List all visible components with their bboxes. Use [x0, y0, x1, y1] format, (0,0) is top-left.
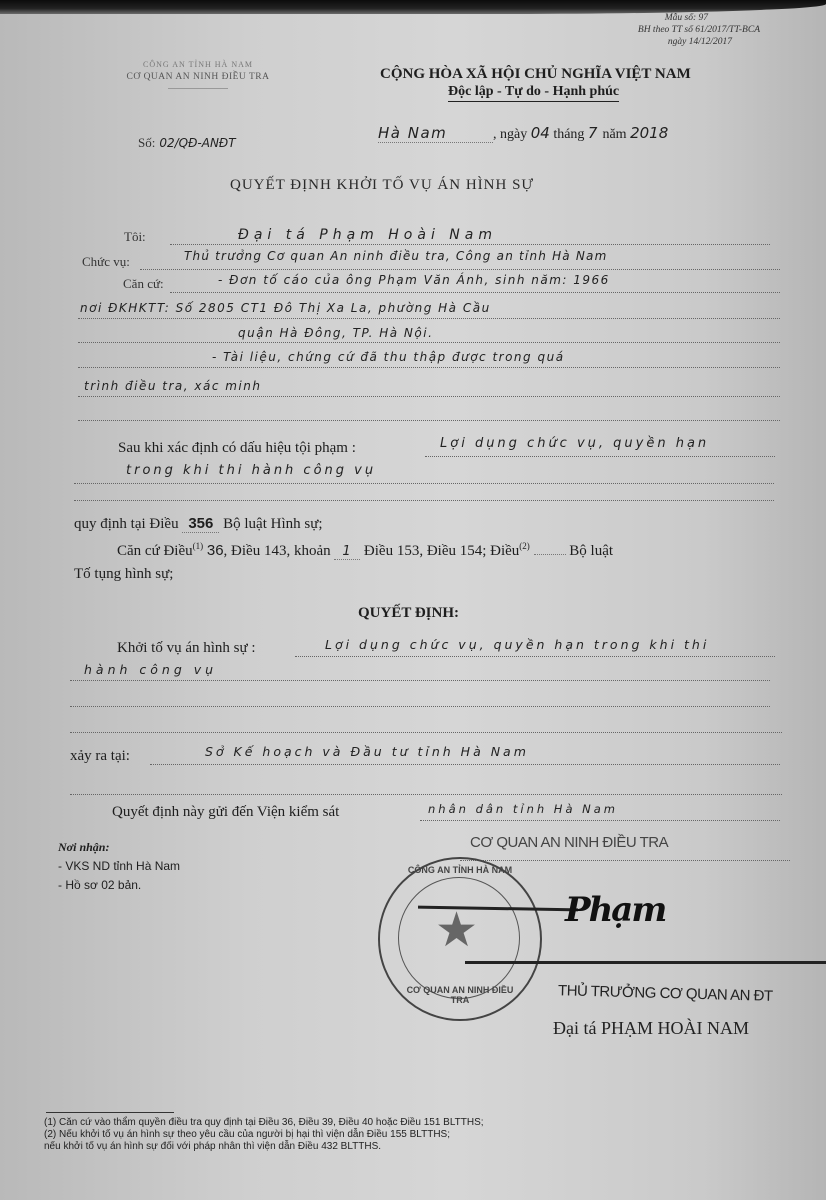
can-cu-label: Căn cứ: — [123, 276, 164, 292]
signature-agency: CƠ QUAN AN NINH ĐIỀU TRA — [470, 834, 668, 851]
footnote-1: (1) Căn cứ vào thẩm quyền điều tra quy đ… — [44, 1117, 484, 1129]
place-date: Hà Nam, ngày 04 tháng 7 năm 2018 — [378, 124, 668, 143]
can-cu-dots-6 — [78, 420, 780, 421]
can-cu-dieu: Căn cứ Điều(1) 36, Điều 143, khoản 1 Điề… — [117, 541, 613, 560]
signer-title: THỦ TRƯỞNG CƠ QUAN AN ĐT — [558, 982, 773, 1005]
xay-ra-dots — [150, 764, 780, 765]
can-cu-line-3: quận Hà Đông, TP. Hà Nội. — [238, 326, 433, 340]
can-cu-dots-1 — [170, 292, 780, 293]
form-issued-date: ngày 14/12/2017 — [560, 36, 760, 48]
year-value: 2018 — [630, 124, 668, 142]
xay-ra-dots-2 — [70, 794, 782, 795]
national-slogan: Độc lập - Tự do - Hạnh phúc — [448, 84, 619, 102]
khoi-to-dots-2 — [70, 680, 770, 681]
chuc-vu-label: Chức vụ: — [82, 254, 130, 270]
can-cu-line-1: - Đơn tố cáo của ông Phạm Văn Ánh, sinh … — [218, 273, 610, 287]
gui-dots — [420, 820, 780, 821]
can-cu-dieu-rest: Điều 153, Điều 154; Điều — [364, 543, 519, 559]
year-label: năm — [602, 127, 626, 142]
dau-hieu-label: Sau khi xác định có dấu hiệu tội phạm : — [118, 440, 356, 457]
chuc-vu-value: Thủ trưởng Cơ quan An ninh điều tra, Côn… — [184, 249, 608, 263]
can-cu-dots-2 — [78, 318, 780, 319]
can-cu-dieu-mid: , Điều 143, khoản — [224, 543, 331, 559]
recipients: Nơi nhận: - VKS ND tỉnh Hà Nam - Hồ sơ 0… — [58, 838, 180, 895]
can-cu-dieu-value: 36 — [207, 542, 224, 559]
to-tung: Tố tụng hình sự; — [74, 566, 173, 583]
khoi-to-dots-4 — [70, 732, 782, 733]
signer-name: Đại tá PHẠM HOÀI NAM — [553, 1018, 749, 1039]
month-label: tháng — [553, 127, 584, 142]
signature-dots — [460, 860, 790, 861]
place-value: Hà Nam — [378, 124, 493, 143]
can-cu-dieu-blank — [534, 554, 566, 555]
xay-ra-value: Sở Kế hoạch và Đầu tư tỉnh Hà Nam — [205, 744, 529, 759]
khoi-to-value-2: hành công vụ — [84, 662, 217, 677]
toi-dots — [170, 244, 770, 245]
agency-name: CƠ QUAN AN NINH ĐIỀU TRA — [88, 72, 308, 82]
recipient-item: - VKS ND tỉnh Hà Nam — [58, 857, 180, 876]
date-day-label: , ngày — [493, 127, 527, 142]
doc-number: Số: 02/QĐ-ANĐT — [138, 134, 236, 152]
can-cu-dieu-end: Bộ luật — [569, 543, 613, 559]
quy-dinh: quy định tại Điều 356 Bộ luật Hình sự; — [74, 515, 323, 533]
dau-hieu-dots-1 — [425, 456, 775, 457]
can-cu-line-4: - Tài liệu, chứng cứ đã thu thập được tr… — [212, 350, 565, 364]
official-stamp: CÔNG AN TỈNH HÀ NAM ★ CƠ QUAN AN NINH ĐI… — [378, 857, 542, 1021]
khoi-to-value-1: Lợi dụng chức vụ, quyền hạn trong khi th… — [325, 637, 709, 652]
quy-dinh-dieu: 356 — [182, 515, 219, 533]
can-cu-dots-4 — [78, 367, 780, 368]
decision-heading: QUYẾT ĐỊNH: — [358, 605, 459, 622]
dau-hieu-value-2: trong khi thi hành công vụ — [126, 463, 376, 478]
footnote-3: nếu khởi tố vụ án hình sự đối với pháp n… — [44, 1141, 484, 1153]
agency-parent: CÔNG AN TỈNH HÀ NAM — [88, 60, 308, 69]
agency-block: CÔNG AN TỈNH HÀ NAM CƠ QUAN AN NINH ĐIỀU… — [88, 60, 308, 89]
doc-number-value: 02/QĐ-ANĐT — [159, 136, 235, 150]
can-cu-dots-5 — [78, 396, 780, 397]
day-value: 04 — [531, 124, 550, 142]
document-title: QUYẾT ĐỊNH KHỞI TỐ VỤ ÁN HÌNH SỰ — [230, 177, 534, 194]
khoi-to-label: Khởi tố vụ án hình sự : — [117, 640, 256, 657]
khoi-to-dots-3 — [70, 706, 770, 707]
footnote-rule — [46, 1112, 174, 1113]
stamp-top-text: CÔNG AN TỈNH HÀ NAM — [400, 865, 520, 875]
signature-scribble: Phạm — [565, 890, 665, 930]
quy-dinh-label: quy định tại Điều — [74, 516, 179, 532]
dau-hieu-value-1: Lợi dụng chức vụ, quyền hạn — [440, 436, 709, 451]
dau-hieu-dots-2 — [74, 483, 774, 484]
form-number: Mẫu số: 97 — [560, 12, 760, 24]
doc-number-label: Số: — [138, 135, 155, 150]
khoan-value: 1 — [334, 544, 360, 560]
chuc-vu-dots — [140, 269, 780, 270]
gui-value: nhân dân tỉnh Hà Nam — [428, 802, 618, 816]
footnote-ref-2: (2) — [519, 541, 530, 551]
toi-label: Tôi: — [124, 229, 146, 245]
recipient-item: - Hồ sơ 02 bản. — [58, 876, 180, 895]
footnotes: (1) Căn cứ vào thẩm quyền điều tra quy đ… — [44, 1117, 484, 1153]
form-info: Mẫu số: 97 BH theo TT số 61/2017/TT-BCA … — [560, 12, 760, 48]
can-cu-line-2: nơi ĐKHKTT: Số 2805 CT1 Đô Thị Xa La, ph… — [80, 301, 491, 315]
quy-dinh-suffix: Bộ luật Hình sự; — [223, 516, 322, 532]
can-cu-dieu-label: Căn cứ Điều — [117, 543, 193, 559]
toi-value: Đại tá Phạm Hoài Nam — [238, 227, 497, 243]
stamp-bottom-text: CƠ QUAN AN NINH ĐIỀU TRA — [400, 985, 520, 1005]
footnote-2: (2) Nếu khởi tố vụ án hình sự theo yêu c… — [44, 1129, 484, 1141]
agency-underline — [168, 88, 228, 89]
can-cu-line-5: trình điều tra, xác minh — [84, 379, 261, 393]
gui-label: Quyết định này gửi đến Viện kiểm sát — [112, 804, 339, 821]
khoi-to-dots-1 — [295, 656, 775, 657]
national-motto: CỘNG HÒA XÃ HỘI CHỦ NGHĨA VIỆT NAM — [380, 66, 691, 83]
can-cu-dots-3 — [78, 342, 780, 343]
recipients-label: Nơi nhận: — [58, 838, 180, 857]
form-issued-by: BH theo TT số 61/2017/TT-BCA — [560, 24, 760, 36]
footnote-ref-1: (1) — [193, 541, 204, 551]
star-icon: ★ — [435, 907, 478, 955]
xay-ra-label: xảy ra tại: — [70, 748, 130, 765]
dau-hieu-dots-3 — [74, 500, 774, 501]
signature-line-bottom — [465, 961, 826, 964]
month-value: 7 — [588, 124, 599, 142]
